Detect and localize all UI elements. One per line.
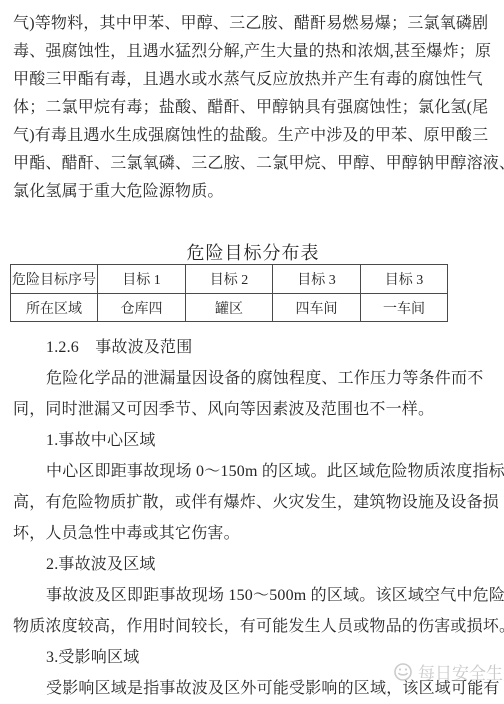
table-header-cell: 目标 2	[186, 265, 273, 294]
table-header-cell: 目标 1	[98, 265, 186, 294]
document-body: 气)等物料，其中甲苯、甲醇、三乙胺、醋酐易燃易爆；三氯氧磷剧 毒、强腐蚀性，且遇…	[0, 0, 504, 704]
table-cell: 所在区域	[11, 294, 98, 322]
text-line: 物质浓度较高，作用时间较长，有可能发生人员或物品的伤害或损坏。	[13, 611, 496, 642]
table-cell: 罐区	[186, 294, 273, 322]
document-page: { "document": { "para1_lines": [ "气)等物料，…	[0, 0, 504, 704]
table-header-row: 危险目标序号 目标 1 目标 2 目标 3 目标 3	[11, 265, 448, 294]
subsection-1-heading: 1.事故中心区域	[13, 425, 496, 456]
text-line: 危险化学品的泄漏量因设备的腐蚀程度、工作压力等条件而不	[13, 363, 496, 394]
section-1-2-6: 1.2.6 事故波及范围 危险化学品的泄漏量因设备的腐蚀程度、工作压力等条件而不…	[13, 332, 496, 704]
table-header-cell: 目标 3	[361, 265, 448, 294]
paragraph-hazardous-materials: 气)等物料，其中甲苯、甲醇、三乙胺、醋酐易燃易爆；三氯氧磷剧 毒、强腐蚀性，且遇…	[13, 10, 496, 206]
table-header-cell: 目标 3	[273, 265, 361, 294]
watermark-text: 每日安全生产	[418, 659, 504, 684]
section-heading: 1.2.6 事故波及范围	[13, 332, 496, 363]
table-cell: 四车间	[273, 294, 361, 322]
table-cell: 一车间	[361, 294, 448, 322]
table-row: 所在区域 仓库四 罐区 四车间 一车间	[11, 294, 448, 322]
text-line: 中心区即距事故现场 0～150m 的区域。此区域危险物质浓度指标	[13, 456, 496, 487]
hazard-target-distribution-table: 危险目标序号 目标 1 目标 2 目标 3 目标 3 所在区域 仓库四 罐区 四…	[10, 264, 448, 322]
text-line: 气)有毒且遇水生成强腐蚀性的盐酸。生产中涉及的甲苯、原甲酸三	[13, 122, 496, 150]
text-line: 气)等物料，其中甲苯、甲醇、三乙胺、醋酐易燃易爆；三氯氧磷剧	[13, 10, 496, 38]
watermark-logo-icon	[393, 662, 413, 682]
text-line: 坏，人员急性中毒或其它伤害。	[13, 518, 496, 549]
text-line: 甲酸三甲酯有毒，且遇水或水蒸气反应放热并产生有毒的腐蚀性气	[13, 66, 496, 94]
text-line: 毒、强腐蚀性，且遇水猛烈分解,产生大量的热和浓烟,甚至爆炸；原	[13, 38, 496, 66]
watermark: 每日安全生产	[393, 659, 504, 684]
text-line: 同，同时泄漏又可因季节、风向等因素波及范围也不一样。	[13, 394, 496, 425]
subsection-2-heading: 2.事故波及区域	[13, 549, 496, 580]
table-title: 危险目标分布表	[13, 242, 493, 264]
text-line: 甲酯、醋酐、三氯氧磷、三乙胺、二氯甲烷、甲醇、甲醇钠甲醇溶液、	[13, 150, 496, 178]
table-cell: 仓库四	[98, 294, 186, 322]
text-line: 事故波及区即距事故现场 150～500m 的区域。该区域空气中危险	[13, 580, 496, 611]
text-line: 体；二氯甲烷有毒；盐酸、醋酐、甲醇钠具有强腐蚀性；氯化氢(尾	[13, 94, 496, 122]
table-header-cell: 危险目标序号	[11, 265, 98, 294]
text-line: 氯化氢属于重大危险源物质。	[13, 178, 496, 206]
text-line: 高，有危险物质扩散，或伴有爆炸、火灾发生，建筑物设施及设备损	[13, 487, 496, 518]
